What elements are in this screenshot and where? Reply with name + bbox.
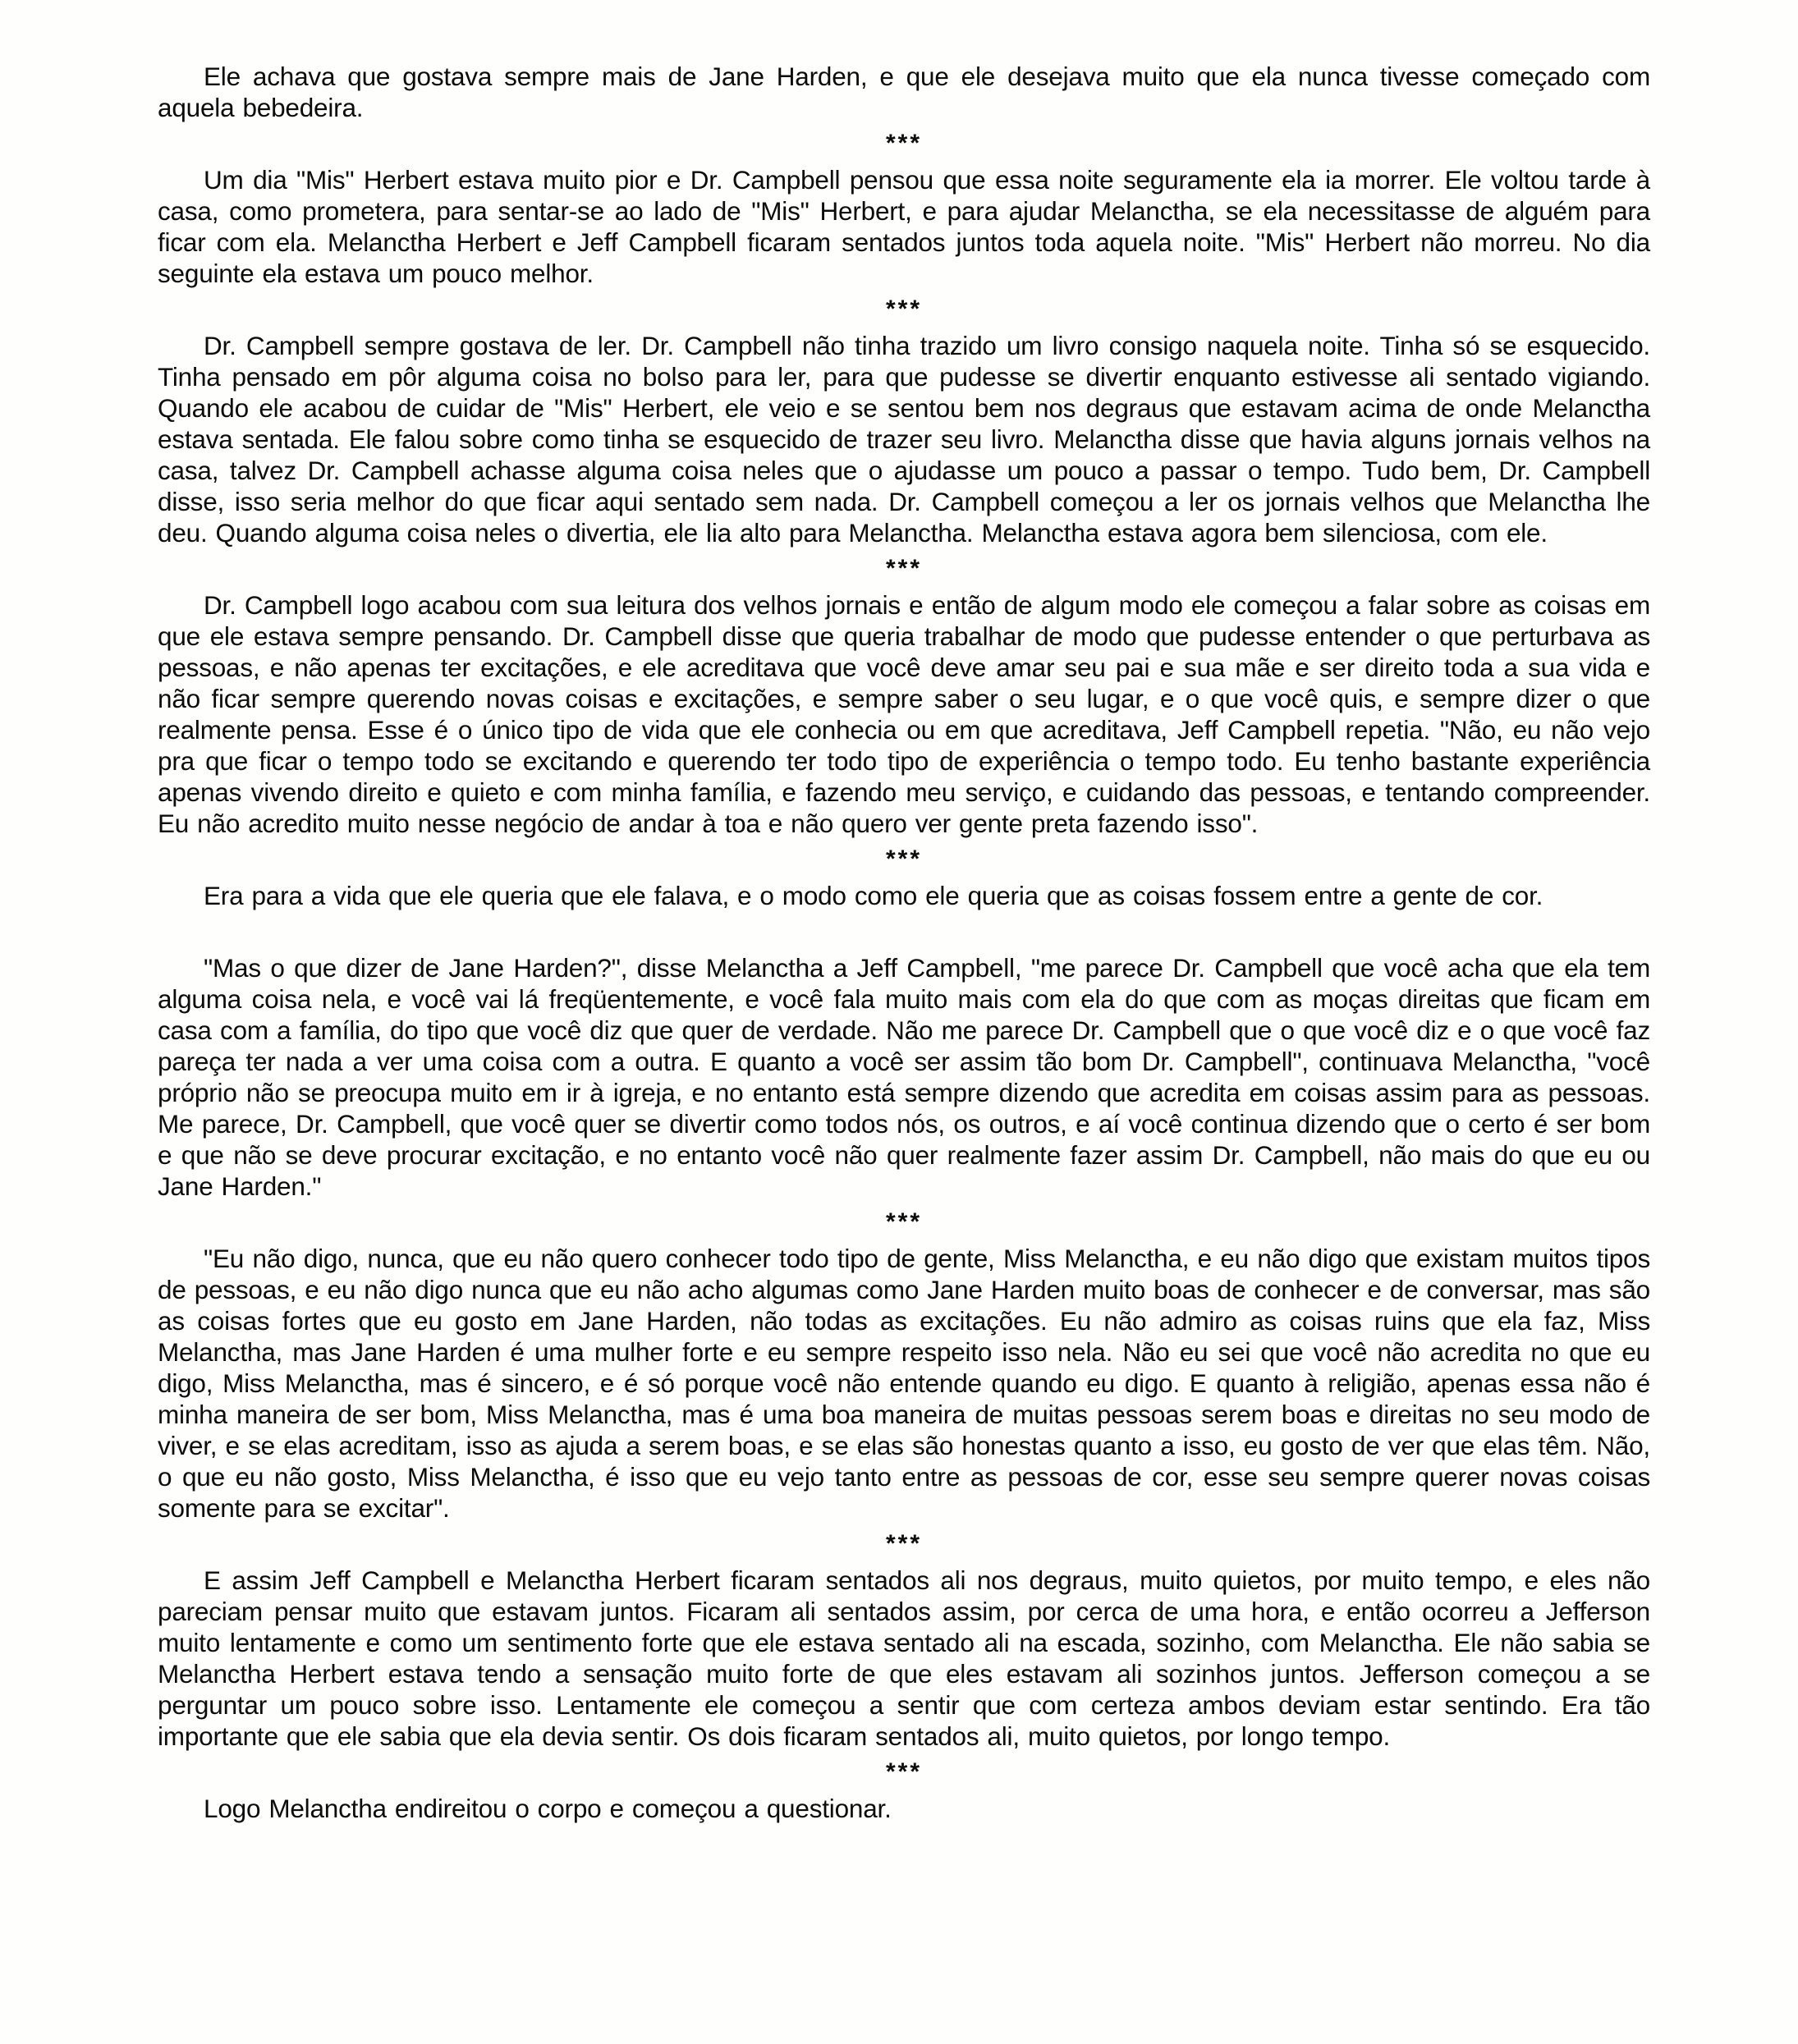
section-separator: *** [158, 1757, 1650, 1788]
paragraph-6: "Mas o que dizer de Jane Harden?", disse… [158, 952, 1650, 1202]
paragraph-2: Um dia "Mis" Herbert estava muito pior e… [158, 164, 1650, 289]
paragraph-8: E assim Jeff Campbell e Melanctha Herber… [158, 1565, 1650, 1752]
section-separator: *** [158, 1207, 1650, 1238]
section-separator: *** [158, 128, 1650, 159]
paragraph-7: "Eu não digo, nunca, que eu não quero co… [158, 1243, 1650, 1524]
document-page: Ele achava que gostava sempre mais de Ja… [0, 0, 1798, 2044]
section-separator: *** [158, 294, 1650, 325]
section-separator: *** [158, 553, 1650, 584]
paragraph-1: Ele achava que gostava sempre mais de Ja… [158, 61, 1650, 123]
paragraph-9: Logo Melanctha endireitou o corpo e come… [158, 1793, 1650, 1824]
section-separator: *** [158, 844, 1650, 875]
paragraph-3: Dr. Campbell sempre gostava de ler. Dr. … [158, 330, 1650, 548]
section-separator: *** [158, 1528, 1650, 1560]
paragraph-gap [158, 911, 1650, 952]
paragraph-4: Dr. Campbell logo acabou com sua leitura… [158, 589, 1650, 839]
paragraph-5: Era para a vida que ele queria que ele f… [158, 880, 1650, 911]
